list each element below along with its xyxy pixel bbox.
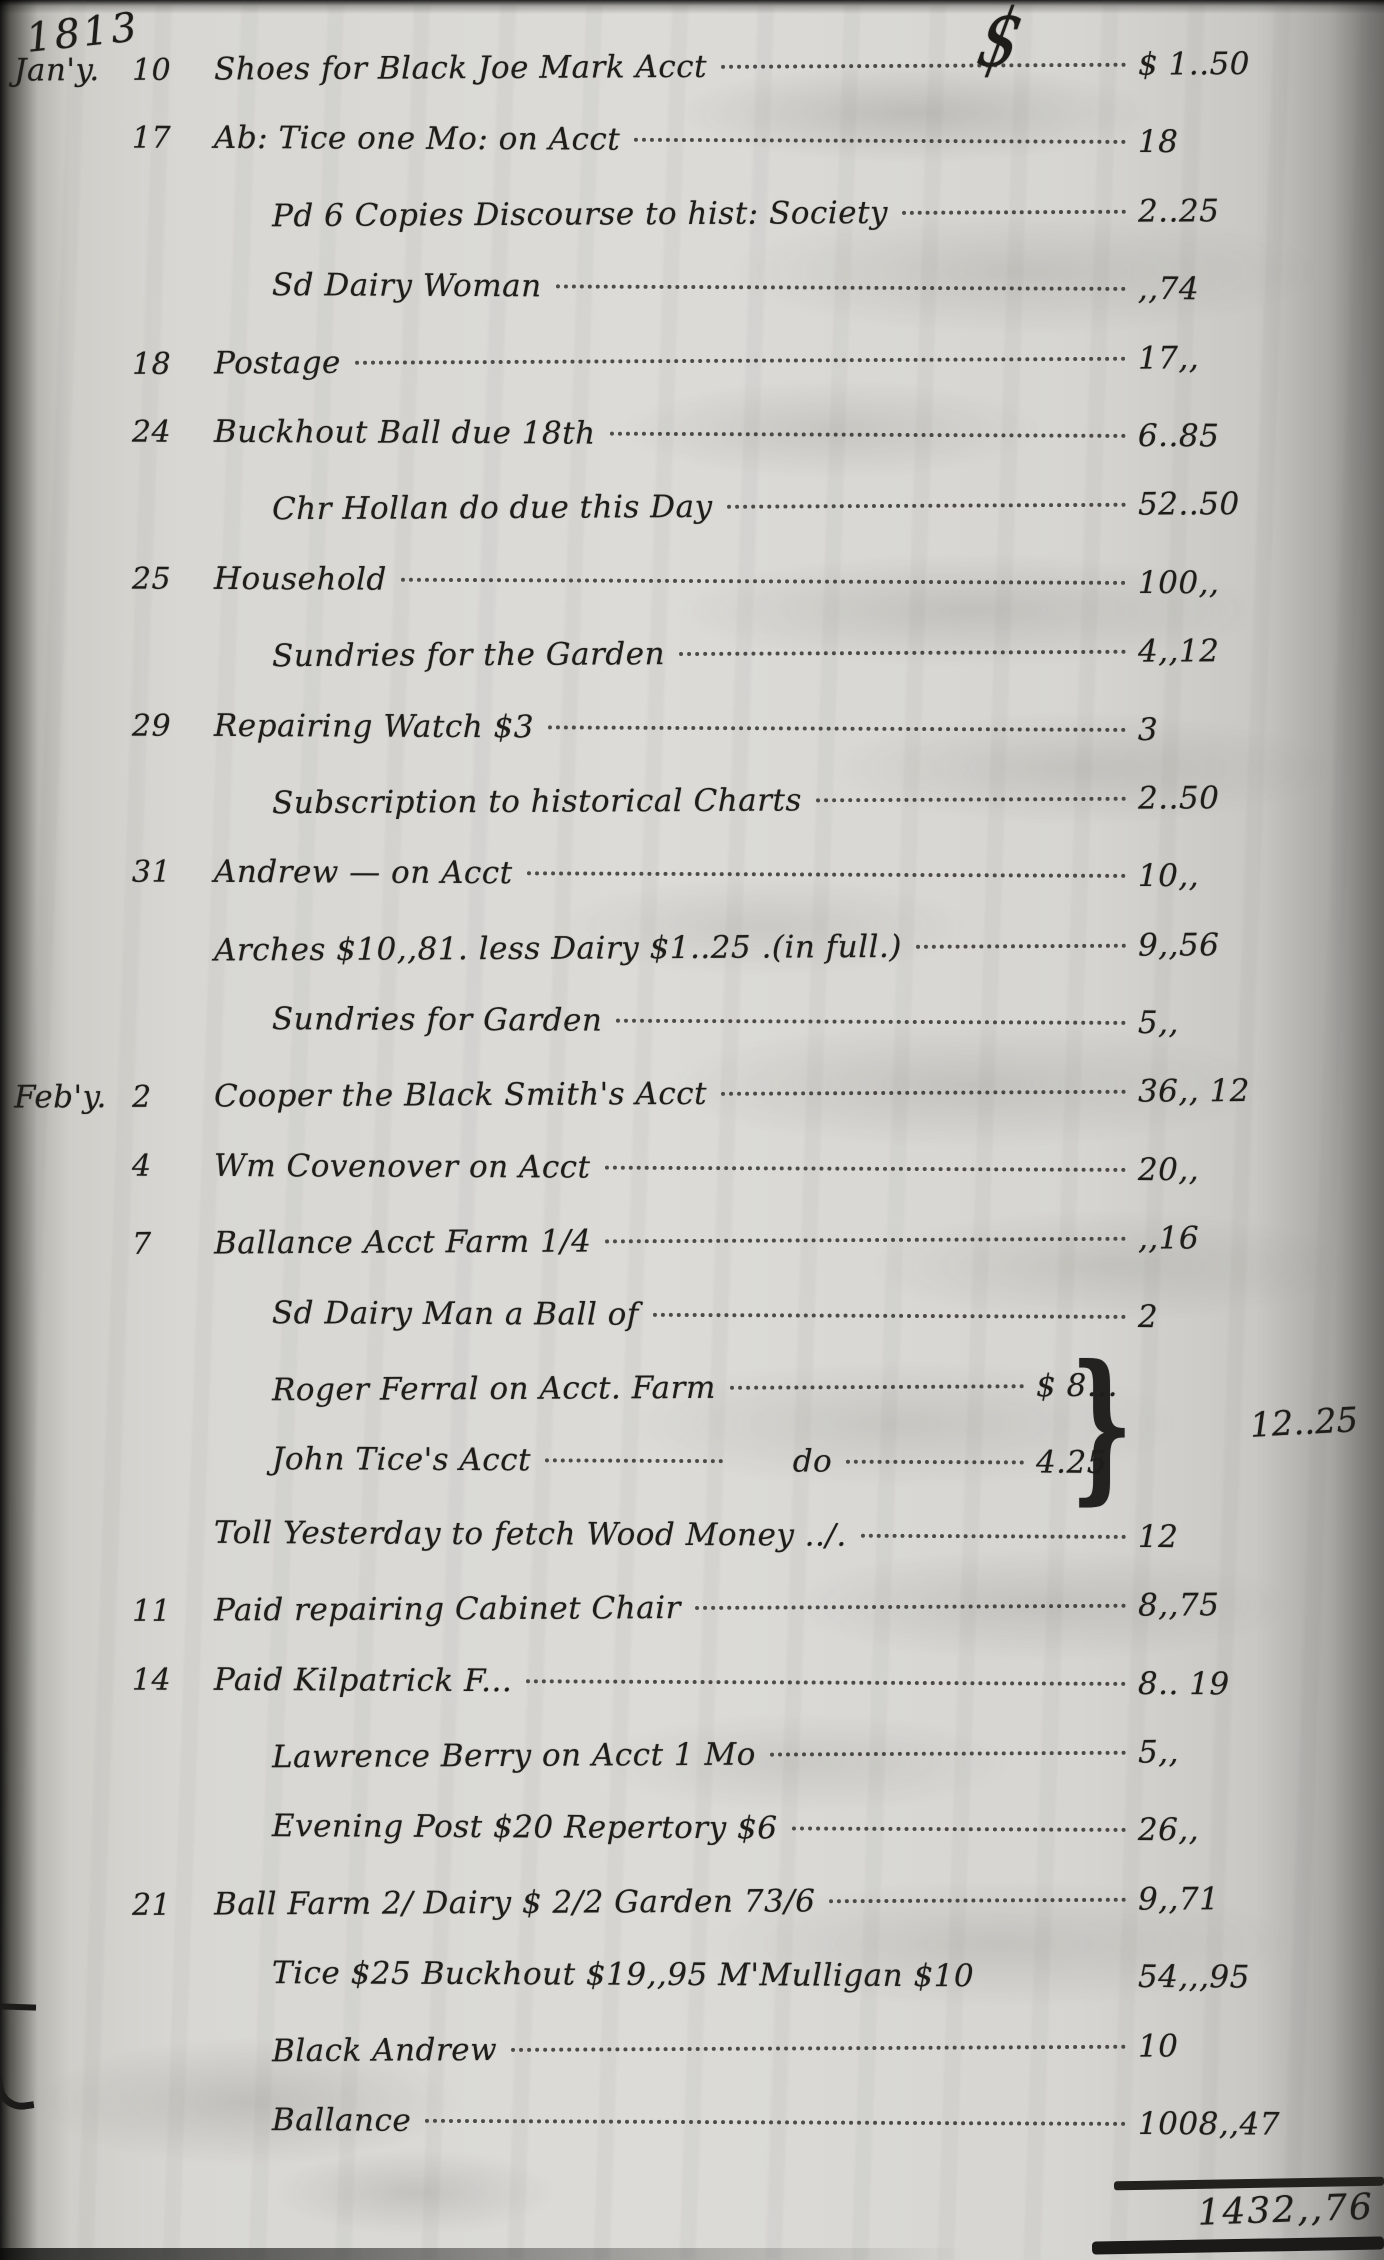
ledger-entry: 24 Buckhout Ball due 18th 6..85 (14, 388, 1366, 467)
dot-leader (695, 1602, 1126, 1610)
entry-description: Paid Kilpatrick F... (214, 1662, 518, 1699)
entry-month (14, 1991, 132, 1992)
ledger-entry: John Tice's Acct do4.25 (14, 1415, 1366, 1494)
ledger-entry: 18 Postage 17,, (14, 314, 1366, 394)
dot-leader (548, 723, 1126, 732)
ledger-entry: 17 Ab: Tice one Mo: on Acct 18 (14, 94, 1366, 173)
entry-month (14, 382, 132, 383)
ledger-entry: Arches $10,,81. less Dairy $1..25 .(in f… (14, 901, 1366, 981)
dot-leader (401, 576, 1126, 585)
entry-description: John Tice's Acct (214, 1442, 537, 1479)
entry-description: Postage (214, 345, 347, 382)
entry-description: Pd 6 Copies Discourse to hist: Society (214, 195, 894, 235)
entry-month (14, 743, 132, 744)
entry-day: 11 (132, 1594, 214, 1629)
entry-month (14, 235, 132, 236)
entry-day: 2 (132, 1080, 214, 1115)
entry-month (14, 822, 132, 823)
entry-description: Chr Hollan do due this Day (214, 490, 719, 529)
entry-amount: 26,, (1138, 1813, 1366, 1850)
ledger-entry: 11 Paid repairing Cabinet Chair 8,,75 (14, 1562, 1366, 1642)
ledger-entry: 4 Wm Covenover on Acct 20,, (14, 1122, 1366, 1201)
ledger-entry: Sd Dairy Woman ,,74 (14, 241, 1366, 320)
entry-amount: 2..50 (1138, 780, 1366, 817)
entry-description: Repairing Watch $3 (214, 708, 540, 745)
entry-description: Subscription to historical Charts (214, 783, 808, 822)
entry-amount: 2..25 (1138, 193, 1366, 230)
entry-description: Ab: Tice one Mo: on Acct (214, 121, 626, 159)
dot-leader (770, 1749, 1126, 1757)
ledger-entry: Sd Dairy Man a Ball of 2 (14, 1269, 1366, 1348)
entry-amount: 17,, (1138, 339, 1366, 376)
entry-description: Ball Farm 2/ Dairy $ 2/2 Garden 73/6 (214, 1883, 822, 1922)
dot-leader (861, 1532, 1126, 1539)
ledger-entry: 31 Andrew — on Acct 10,, (14, 828, 1366, 907)
totals-block: 1432,,76 (1054, 2179, 1384, 2252)
entry-day: 7 (132, 1227, 214, 1262)
entry-day: 24 (132, 415, 214, 450)
entry-description: Tice $25 Buckhout $19,,95 M'Mulligan $10 (214, 1955, 980, 1994)
entry-description: Sundries for Garden (214, 1001, 609, 1039)
entry-description: Shoes for Black Joe Mark Acct (214, 49, 713, 88)
entry-day: 29 (132, 708, 214, 743)
entry-amount: ,,16 (1138, 1220, 1366, 1257)
entry-month (14, 529, 132, 530)
dot-leader (653, 1311, 1126, 1319)
ledger-entry: Chr Hollan do due this Day 52..50 (14, 461, 1366, 541)
entry-amount: 9,,71 (1138, 1881, 1366, 1918)
entry-month (14, 449, 132, 450)
page-bottom-shadow (0, 2248, 969, 2260)
entry-amount: 36,, 12 (1138, 1073, 1366, 1110)
entry-month (14, 1844, 132, 1845)
entry-month (14, 596, 132, 597)
entry-month (14, 1330, 132, 1331)
entry-day: 31 (132, 855, 214, 890)
entry-month (14, 890, 132, 891)
entry-description: Sundries for the Garden (214, 637, 671, 675)
entry-day: 18 (132, 346, 214, 381)
ledger-entry: 14 Paid Kilpatrick F... 8.. 19 (14, 1636, 1366, 1715)
entry-amount: 2 (1138, 1299, 1366, 1336)
entry-description: Sd Dairy Woman (214, 267, 548, 304)
entry-month (14, 1923, 132, 1924)
ledger-entry: Toll Yesterday to fetch Wood Money ../. … (14, 1489, 1366, 1568)
ledger-entry: 25 Household 100,, (14, 535, 1366, 614)
entry-description: Evening Post $20 Repertory $6 (214, 1809, 784, 1847)
entry-amount: 4,,12 (1138, 633, 1366, 670)
entry-amount: 10 (1138, 2027, 1366, 2064)
ledger-entry: Subscription to historical Charts 2..50 (14, 754, 1366, 834)
ledger-entry: Sundries for Garden 5,, (14, 975, 1366, 1054)
dot-leader (791, 1825, 1126, 1832)
entry-amount: 20,, (1138, 1152, 1366, 1189)
entry-amount: $ 8... (1036, 1367, 1366, 1405)
entry-month (14, 1263, 132, 1264)
ledger-page: 1813 $ Jan'y. 10 Shoes for Black Joe Mar… (0, 0, 1384, 2260)
entry-description: Black Andrew (214, 2032, 503, 2070)
ledger-entry: 29 Repairing Watch $3 3 (14, 682, 1366, 761)
dot-leader (816, 795, 1126, 803)
dot-leader (721, 1089, 1126, 1097)
dot-leader (511, 2043, 1126, 2052)
dot-leader (727, 501, 1127, 509)
ledger-entry: Evening Post $20 Repertory $6 26,, (14, 1782, 1366, 1861)
entry-month (14, 2137, 132, 2138)
dot-leader (846, 1458, 1024, 1465)
dot-leader (616, 1017, 1126, 1025)
entry-day: 17 (132, 121, 214, 156)
entry-amount: 52..50 (1138, 486, 1366, 523)
dot-leader (527, 870, 1126, 879)
dot-leader (679, 648, 1126, 656)
entry-amount: 1008,,47 (1138, 2106, 1366, 2143)
entry-month: Jan'y. (14, 52, 132, 89)
dot-leader (988, 1973, 1126, 1980)
ledger-entry: Lawrence Berry on Acct 1 Mo 5,, (14, 1708, 1366, 1788)
entry-month (14, 1697, 132, 1698)
entry-day: 25 (132, 562, 214, 597)
entry-description: Ballance (214, 2102, 417, 2139)
entry-month (14, 1477, 132, 1478)
entries-list: Jan'y. 10 Shoes for Black Joe Mark Acct … (14, 24, 1366, 2152)
dot-leader (916, 942, 1126, 949)
ledger-entry: 7 Ballance Acct Farm 1/4 ,,16 (14, 1195, 1366, 1275)
dot-leader (526, 1677, 1126, 1686)
ledger-entry: Feb'y. 2 Cooper the Black Smith's Acct 3… (14, 1048, 1366, 1128)
entry-amount: 8,,75 (1138, 1587, 1366, 1624)
ledger-entry: Black Andrew 10 (14, 2002, 1366, 2082)
ledger-entry: Tice $25 Buckhout $19,,95 M'Mulligan $10… (14, 1929, 1366, 2008)
entry-amount: 9,,56 (1138, 927, 1366, 964)
entry-amount: 100,, (1138, 565, 1366, 602)
entry-day: 10 (132, 53, 214, 88)
dot-leader (829, 1896, 1126, 1904)
entry-amount: 5,, (1138, 1734, 1366, 1771)
dot-leader (721, 61, 1126, 69)
entry-amount: 8.. 19 (1138, 1666, 1366, 1703)
entry-month (14, 1630, 132, 1631)
entry-description: Roger Ferral on Acct. Farm (214, 1370, 722, 1409)
entry-amount: 18 (1138, 125, 1366, 162)
entry-month (14, 1183, 132, 1184)
bracketed-entry-group: }12..25 Roger Ferral on Acct. Farm $ 8..… (14, 1345, 1366, 1492)
entry-description: Andrew — on Acct (214, 855, 519, 892)
entry-description: Buckhout Ball due 18th (214, 414, 602, 452)
dot-leader (730, 1383, 1024, 1391)
entry-amount: 10,, (1138, 859, 1366, 896)
entry-description: Sd Dairy Man a Ball of (214, 1295, 645, 1333)
entry-ditto: do (735, 1444, 839, 1480)
entry-amount: 4.25 (1036, 1445, 1366, 1482)
ledger-entry: 21 Ball Farm 2/ Dairy $ 2/2 Garden 73/6 … (14, 1855, 1366, 1935)
dot-leader (545, 1457, 723, 1464)
grand-total: 1432,,76 (1053, 2184, 1384, 2244)
entry-month (14, 1037, 132, 1038)
entry-amount: 12 (1138, 1519, 1366, 1556)
entry-month (14, 2070, 132, 2071)
dot-leader (902, 208, 1126, 215)
entry-description: Ballance Acct Farm 1/4 (214, 1224, 598, 1262)
entry-description: Cooper the Black Smith's Acct (214, 1077, 713, 1116)
entry-description: Household (214, 561, 393, 598)
entry-amount: 54,,,95 (1138, 1960, 1366, 1997)
dot-leader (556, 283, 1126, 291)
dot-leader (355, 355, 1126, 365)
entry-month (14, 156, 132, 157)
entry-month: Feb'y. (14, 1080, 132, 1117)
entry-month (14, 303, 132, 304)
entry-month (14, 1409, 132, 1410)
entry-month (14, 675, 132, 676)
entry-description: Arches $10,,81. less Dairy $1..25 .(in f… (214, 929, 908, 969)
ledger-entry: Roger Ferral on Acct. Farm $ 8... (14, 1341, 1366, 1421)
entry-month (14, 1550, 132, 1551)
entry-day: 4 (132, 1149, 214, 1184)
ledger-entry: Pd 6 Copies Discourse to hist: Society 2… (14, 167, 1366, 247)
dot-leader (425, 2117, 1126, 2126)
ledger-entry: Ballance 1008,,47 (14, 2076, 1366, 2155)
dot-leader (610, 430, 1126, 438)
entry-description: Toll Yesterday to fetch Wood Money ../. (214, 1515, 853, 1554)
ledger-entry: Jan'y. 10 Shoes for Black Joe Mark Acct … (14, 20, 1366, 100)
entry-day: 14 (132, 1663, 214, 1698)
ledger-entry: Sundries for the Garden 4,,12 (14, 608, 1366, 688)
page-edge-mark (0, 2003, 36, 2010)
dot-leader (634, 137, 1126, 145)
entry-day: 21 (132, 1888, 214, 1923)
entry-amount: 5,, (1138, 1005, 1366, 1042)
dot-leader (605, 1235, 1126, 1244)
entry-month (14, 1776, 132, 1777)
entry-amount: ,,74 (1138, 272, 1366, 309)
entry-amount: $ 1..50 (1138, 46, 1366, 83)
entry-amount: 3 (1138, 712, 1366, 749)
entry-month (14, 969, 132, 970)
entry-description: Lawrence Berry on Acct 1 Mo (214, 1737, 762, 1776)
entry-amount: 6..85 (1138, 418, 1366, 455)
entry-description: Wm Covenover on Acct (214, 1148, 597, 1186)
dot-leader (605, 1164, 1126, 1172)
entry-description: Paid repairing Cabinet Chair (214, 1591, 687, 1629)
